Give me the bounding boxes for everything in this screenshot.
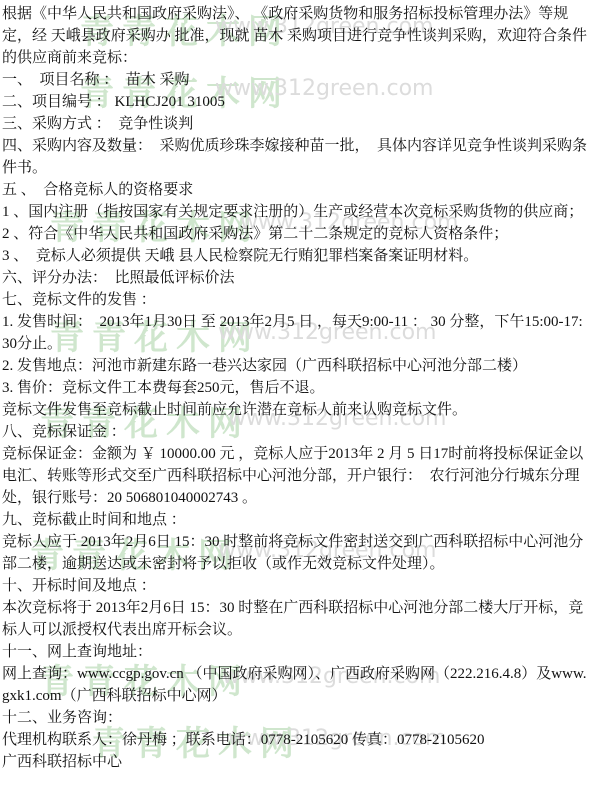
para-deposit-detail: 竞标保证金：金额为 ￥ 10000.00 元 ，竞标人应于2013年 2 月 5…	[2, 443, 588, 509]
para-opening-detail: 本次竞标将于 2013年2月6日 15：30 时整在广西科联招标中心河池分部二楼…	[2, 597, 588, 641]
para-consult-heading: 十二、业务咨询：	[2, 707, 588, 729]
para-sale-time: 1. 发售时间： 2013年1月30日 至 2013年2月5 日 ，每天9:00…	[2, 311, 588, 355]
para-sale-location: 2. 发售地点：河池市新建东路一巷兴达家园（广西科联招标中心河池分部二楼）	[2, 355, 588, 377]
para-scoring-method: 六、评分办法： 比照最低评标价法	[2, 267, 588, 289]
para-deposit-heading: 八、竞标保证金 ：	[2, 421, 588, 443]
para-procurement-method: 三、采购方式 ： 竞争性谈判	[2, 113, 588, 135]
para-deadline-detail: 竞标人应于 2013年2月6日 15：30 时整前将竞标文件密封送交到广西科联招…	[2, 531, 588, 575]
para-qualification-3: 3 、 竞标人必须提供 天峨 县人民检察院无行贿犯罪档案备案证明材料。	[2, 245, 588, 267]
para-project-number: 二、项目编号 ： KLHCJ201 31005	[2, 91, 588, 113]
para-deadline-heading: 九、竞标截止时间和地点 ：	[2, 509, 588, 531]
announcement-body: 根据《中华人民共和国政府采购法》、 《政府采购货物和服务招标投标管理办法》等规定…	[0, 0, 590, 773]
para-qualification-1: 1 、国内注册（指按国家有关规定要求注册的）生产或经营本次竞标采购货物的供应商；	[2, 201, 588, 223]
para-intro: 根据《中华人民共和国政府采购法》、 《政府采购货物和服务招标投标管理办法》等规定…	[2, 3, 588, 69]
para-sale-price: 3. 售价：竞标文件工本费每套250元，售后不退。	[2, 377, 588, 399]
para-online-query-heading: 十一、网上查询地址：	[2, 641, 588, 663]
para-sale-note: 竞标文件发售至竞标截止时间前应允许潜在竞标人前来认购竞标文件。	[2, 399, 588, 421]
para-online-query-detail: 网上查询：www.ccgp.gov.cn （中国政府采购网）、广西政府采购网（2…	[2, 663, 588, 707]
para-consult-detail: 代理机构联系人：徐丹梅 ；联系电话：0778-2105620 传真：0778-2…	[2, 729, 588, 751]
para-doc-sale-heading: 七、竞标文件的发售 ：	[2, 289, 588, 311]
para-opening-heading: 十、开标时间及地点 ：	[2, 575, 588, 597]
para-agency-name: 广西科联招标中心	[2, 751, 588, 773]
para-qualification-2: 2 、符合《中华人民共和国政府采购法》第二十二条规定的竞标人资格条件；	[2, 223, 588, 245]
para-project-name: 一、 项目名称 ： 苗木 采购	[2, 69, 588, 91]
announcement-page: 青青花木网 www.312green.com 青青花木网 www.312gree…	[0, 0, 590, 792]
para-procurement-content: 四、采购内容及数量： 采购优质珍珠李嫁接种苗一批， 具体内容详见竞争性谈判采购条…	[2, 135, 588, 179]
para-qualification-heading: 五 、 合格竞标人的资格要求	[2, 179, 588, 201]
